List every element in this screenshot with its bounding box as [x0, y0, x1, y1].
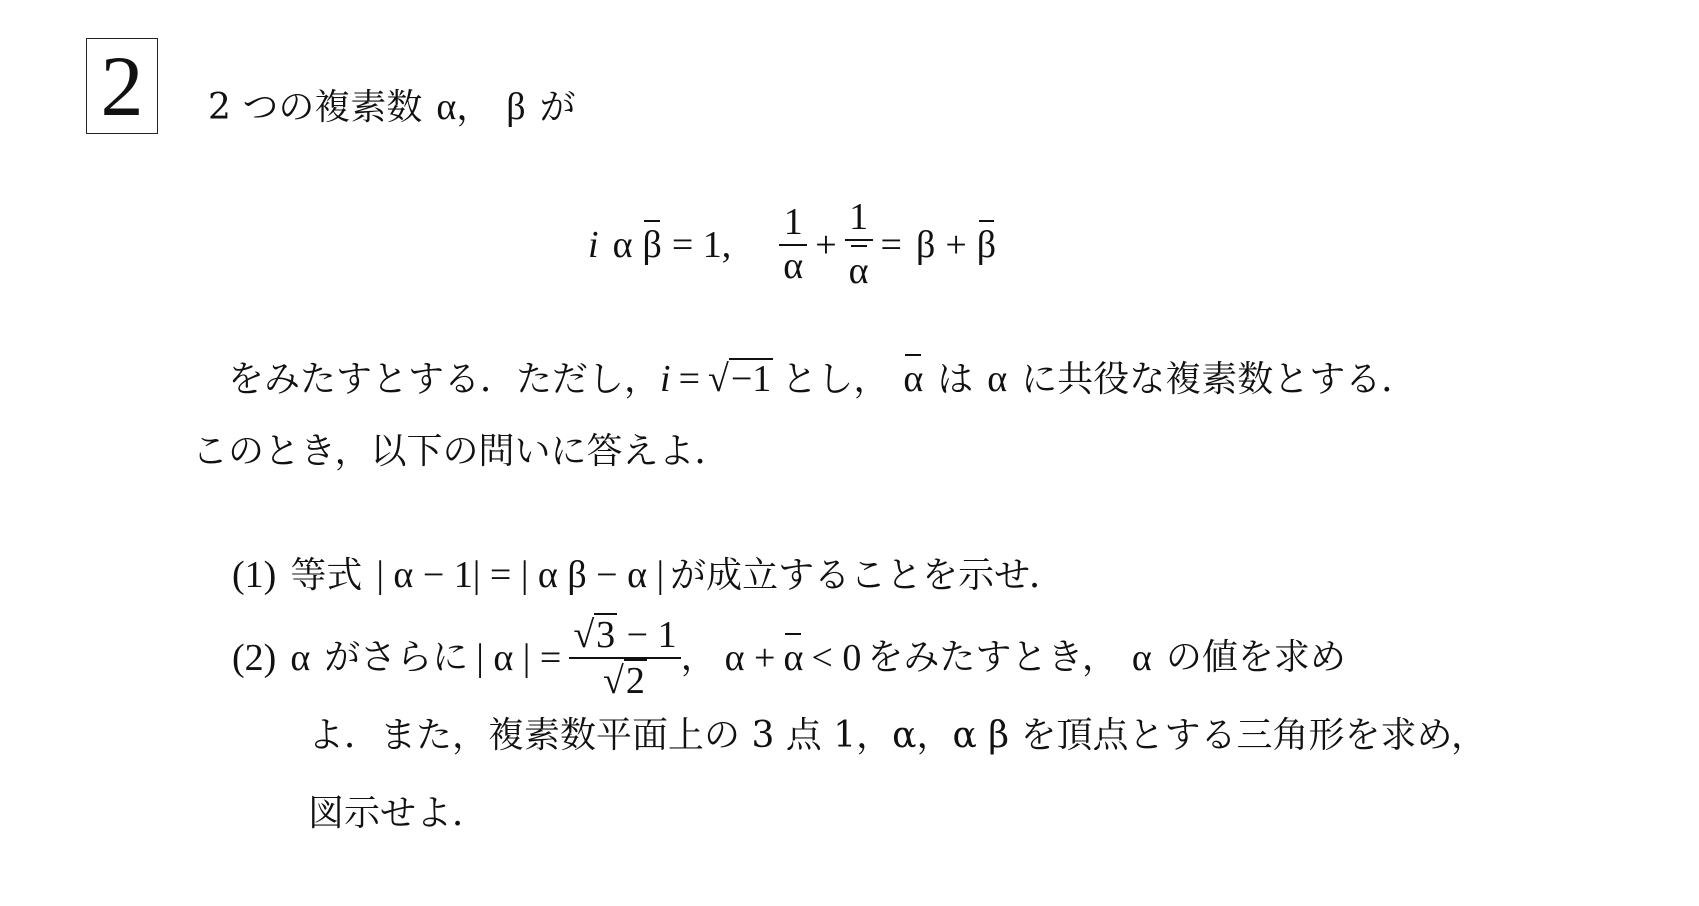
question-2-line-2: よ．また，複素数平面上の 3 点 1，α，α β を頂点とする三角形を求め，	[308, 718, 1487, 754]
question-2-line-3: 図示せよ．	[308, 796, 488, 832]
question-1-suffix: が成立することを示せ．	[670, 555, 1065, 596]
problem-number-box: 2	[86, 38, 158, 134]
alpha-bar: α	[903, 360, 923, 398]
question-2-line-1: (2) α がさらに | α | = √3 − 1 √2 ， α + α < 0…	[232, 606, 1346, 710]
q2-alpha-2: α	[1132, 639, 1152, 677]
q2-text-1: がさらに	[324, 640, 468, 676]
eq2-plus: +	[815, 226, 836, 264]
q2-alpha: α	[290, 639, 310, 677]
eq2-rhs-beta-bar: β	[977, 226, 996, 264]
question-1-label: (1)	[232, 554, 276, 596]
condition-text-1: をみたすとする．ただし，	[228, 359, 660, 400]
sqrt-3: √3	[573, 613, 617, 657]
beta-symbol: β	[506, 86, 525, 128]
q2-abs-alpha: | α | =	[476, 639, 561, 677]
eq2-frac2-den-bar: α	[849, 251, 869, 293]
intro-line: 2 つの複素数α，βが	[208, 88, 576, 126]
eq2-frac2: 1 α	[845, 197, 873, 293]
question-1-math: | α − 1| = | α β − α |	[376, 554, 664, 596]
eq2-frac1-num: 1	[780, 202, 807, 244]
sqrt-minus-one: √−1	[708, 358, 773, 398]
condition-line-2: このとき，以下の問いに答えよ．	[192, 434, 731, 470]
question-1: (1)等式| α − 1| = | α β − α |が成立することを示せ．	[232, 556, 1065, 594]
intro-suffix: が	[540, 87, 576, 128]
problem-number: 2	[101, 43, 144, 129]
eq2-frac1-den: α	[779, 246, 807, 288]
eq1-equals: = 1,	[672, 226, 731, 264]
question-1-prefix: 等式	[290, 555, 362, 596]
q2-cond-rest: < 0	[811, 639, 861, 677]
question-2-label: (2)	[232, 639, 276, 677]
intro-comma: ，	[456, 87, 492, 128]
i-symbol: i	[660, 358, 671, 400]
condition-line-1: をみたすとする．ただし，i=√−1とし，αはαに共役な複素数とする．	[228, 358, 1417, 398]
eq2-rhs-beta: β	[916, 226, 935, 264]
condition-text-2: とし，	[781, 359, 889, 400]
eq2-rhs-plus: +	[945, 226, 966, 264]
condition-text-4: に共役な複素数とする．	[1021, 359, 1417, 400]
eq1-i: i	[588, 226, 599, 264]
q2-text-2: をみたすとき，	[867, 640, 1118, 676]
equals-sign: =	[679, 358, 700, 400]
intro-prefix: 2 つの複素数	[208, 87, 422, 128]
eq1-beta-bar: β	[642, 226, 661, 264]
alpha-symbol-2: α	[987, 358, 1007, 400]
q2-cond-alpha-bar: α	[783, 639, 803, 677]
q2-text-3: の値を求め	[1166, 640, 1346, 676]
q2-cond-alpha: α +	[725, 639, 776, 677]
eq2-equals: =	[881, 226, 902, 264]
q2-fraction: √3 − 1 √2	[569, 613, 680, 703]
eq2-frac2-num: 1	[845, 197, 872, 239]
condition-text-3: は	[937, 359, 973, 400]
eq2-frac1: 1 α	[779, 202, 807, 288]
display-equations: i α β = 1, 1 α + 1 α = β + β	[588, 190, 996, 300]
q2-comma: ，	[681, 640, 717, 676]
sqrt-2: √2	[603, 659, 647, 703]
eq1-alpha: α	[613, 226, 633, 264]
alpha-symbol: α	[436, 86, 456, 128]
